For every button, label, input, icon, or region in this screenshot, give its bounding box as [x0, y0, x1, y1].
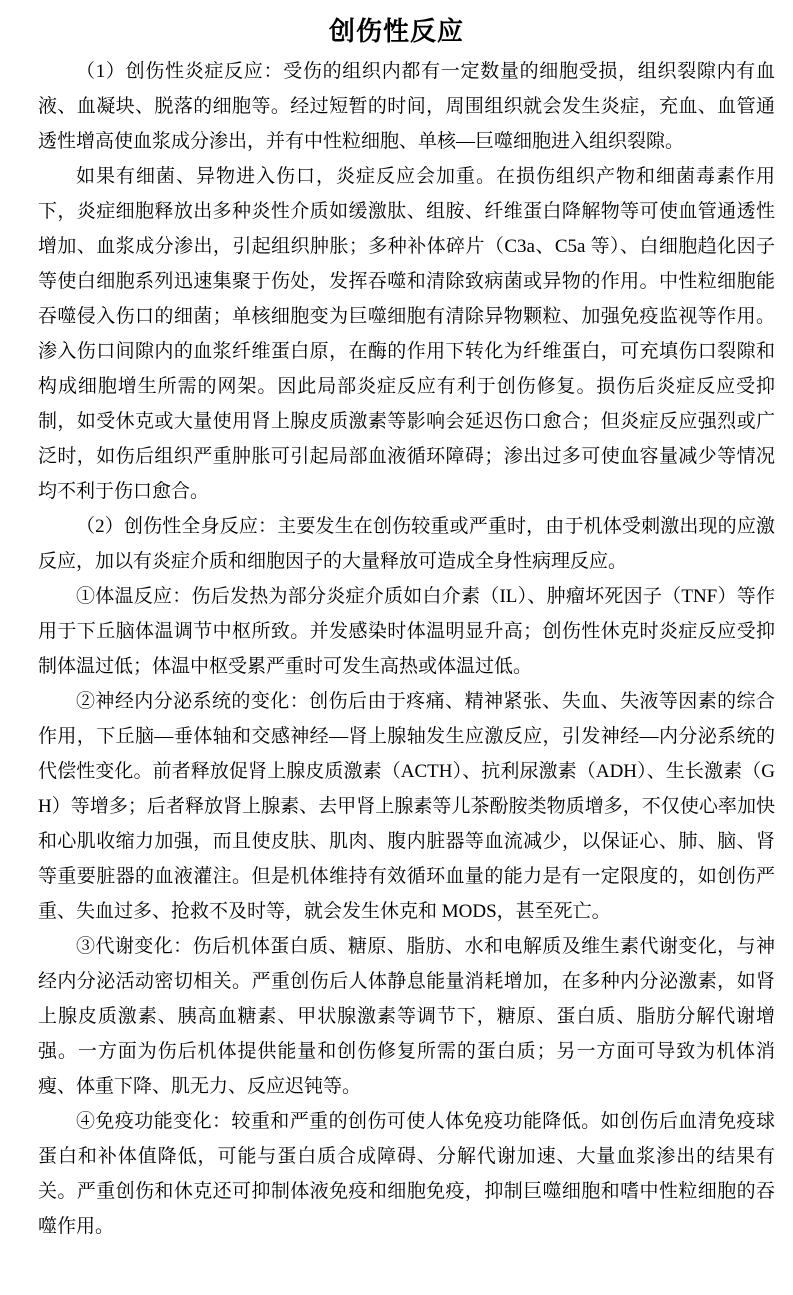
paragraph-neuroendocrine-changes: ②神经内分泌系统的变化：创伤后由于疼痛、精神紧张、失血、失液等因素的综合作用，下…: [38, 684, 775, 929]
paragraph-temperature-reaction: ①体温反应：伤后发热为部分炎症介质如白介素（IL）、肿瘤坏死因子（TNF）等作用…: [38, 579, 775, 684]
paragraph-immune-function-changes: ④免疫功能变化：较重和严重的创伤可使人体免疫功能降低。如创伤后血清免疫球蛋白和补…: [38, 1104, 775, 1244]
document-title: 创伤性反应: [0, 14, 793, 50]
paragraph-inflammatory-reaction: （1）创伤性炎症反应：受伤的组织内都有一定数量的细胞受损，组织裂隙内有血液、血凝…: [38, 54, 775, 159]
paragraph-systemic-reaction: （2）创伤性全身反应：主要发生在创伤较重或严重时，由于机体受刺激出现的应激反应，…: [38, 509, 775, 579]
paragraph-metabolic-changes: ③代谢变化：伤后机体蛋白质、糖原、脂肪、水和电解质及维生素代谢变化，与神经内分泌…: [38, 929, 775, 1104]
paragraph-bacteria-foreign-body: 如果有细菌、异物进入伤口，炎症反应会加重。在损伤组织产物和细菌毒素作用下，炎症细…: [38, 159, 775, 509]
document-body: （1）创伤性炎症反应：受伤的组织内都有一定数量的细胞受损，组织裂隙内有血液、血凝…: [38, 54, 775, 1244]
document-page: 创伤性反应 （1）创伤性炎症反应：受伤的组织内都有一定数量的细胞受损，组织裂隙内…: [0, 0, 793, 1295]
